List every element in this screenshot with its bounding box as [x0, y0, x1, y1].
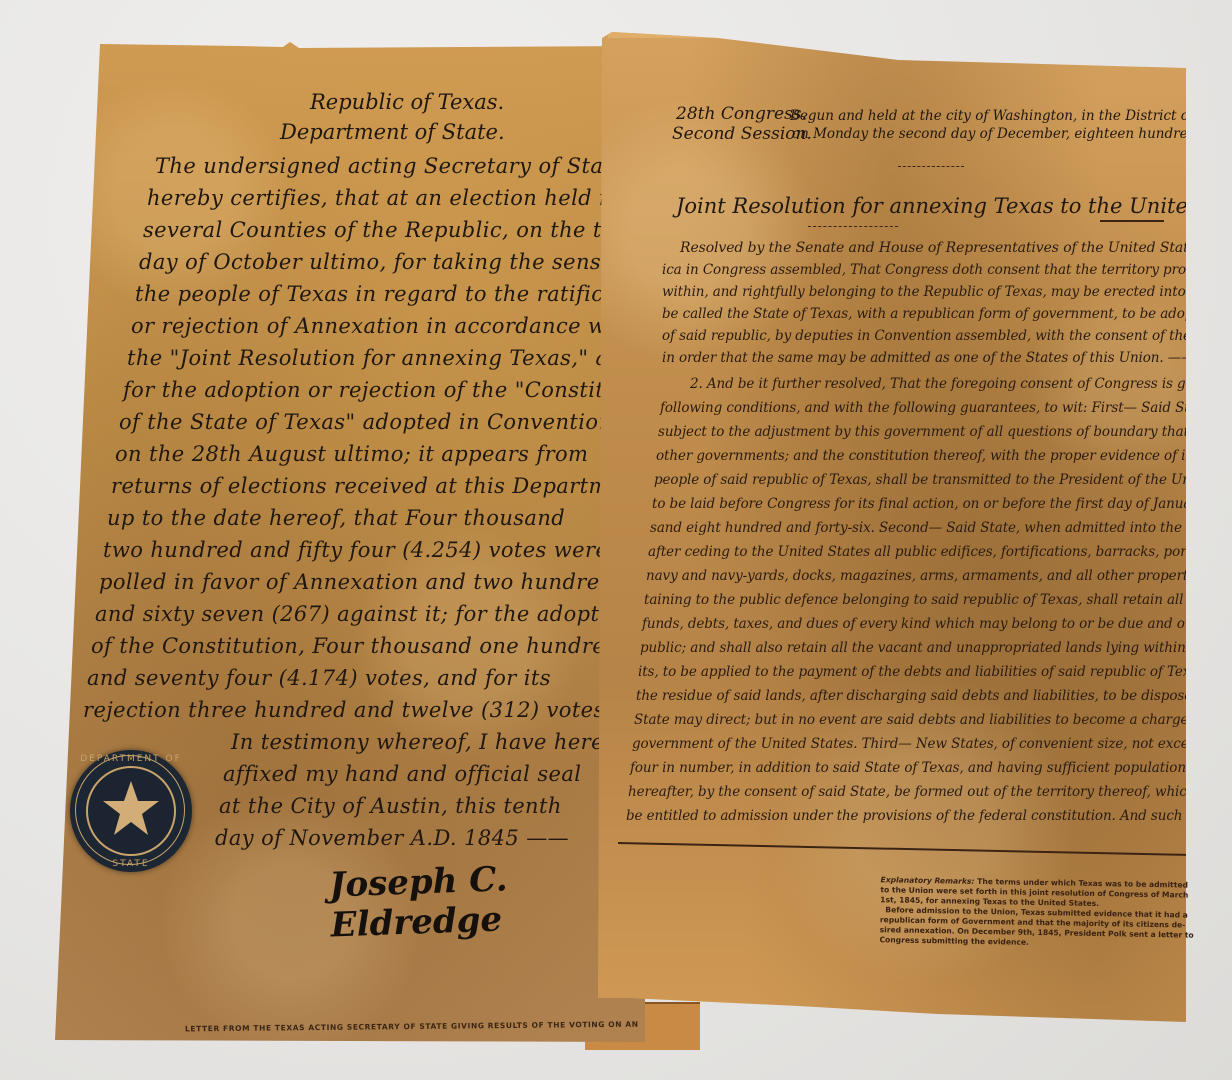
resolution-line: in order that the same may be admitted a… [662, 350, 1195, 366]
letter-line: the "Joint Resolution for annexing Texas… [127, 346, 636, 370]
title-rule [1100, 220, 1164, 222]
letter-line: rejection three hundred and twelve (312)… [83, 698, 612, 722]
header-flourish [898, 166, 964, 168]
session-number: Second Session. [672, 124, 812, 144]
letter-line: on the 28th August ultimo; it appears fr… [115, 442, 588, 466]
resolution-line: its, to be applied to the payment of the… [638, 664, 1232, 680]
testimony-line: at the City of Austin, this tenth [219, 794, 562, 818]
resolution-line: following conditions, and with the follo… [660, 400, 1232, 416]
letter-heading-republic: Republic of Texas. [310, 90, 504, 114]
resolution-line: funds, debts, taxes, and dues of every k… [642, 616, 1232, 632]
resolution-line: subject to the adjustment by this govern… [658, 424, 1232, 440]
resolution-line: government of the United States. Third— … [632, 736, 1226, 752]
resolution-line: of said republic, by deputies in Convent… [662, 328, 1232, 344]
resolution-line: State may direct; but in no event are sa… [634, 712, 1232, 728]
letter-line: The undersigned acting Secretary of Stat… [155, 154, 632, 178]
letter-line: hereby certifies, that at an election he… [147, 186, 663, 210]
letter-line: returns of elections received at this De… [111, 474, 644, 498]
letter-line: for the adoption or rejection of the "Co… [123, 378, 661, 402]
letter-line: up to the date hereof, that Four thousan… [107, 506, 565, 530]
letter-line: and seventy four (4.174) votes, and for … [87, 666, 551, 690]
resolution-line: be called the State of Texas, with a rep… [662, 306, 1232, 322]
letter-line: day of October ultimo, for taking the se… [139, 250, 642, 274]
resolution-line: be entitled to admission under the provi… [626, 808, 1229, 824]
resolution-line: the residue of said lands, after dischar… [636, 688, 1232, 704]
resolution-line: people of said republic of Texas, shall … [654, 472, 1232, 488]
letter-line: polled in favor of Annexation and two hu… [99, 570, 613, 594]
letter-line: of the State of Texas" adopted in Conven… [119, 410, 612, 434]
testimony-line: day of November A.D. 1845 —— [215, 826, 569, 850]
resolution-line: navy and navy-yards, docks, magazines, a… [646, 568, 1232, 584]
resolution-line: taining to the public defence belonging … [644, 592, 1232, 608]
letter-page: Republic of Texas. Department of State. … [55, 42, 645, 1042]
header-line-1: Begun and held at the city of Washington… [790, 108, 1232, 124]
title-flourish [808, 226, 898, 228]
letter-heading-department: Department of State. [280, 120, 505, 144]
resolution-title: Joint Resolution for annexing Texas to t… [676, 194, 1232, 218]
letter-line: of the Constitution, Four thousand one h… [91, 634, 619, 658]
resolution-line: 2. And be it further resolved, That the … [690, 376, 1232, 392]
letter-line: two hundred and fifty four (4.254) votes… [103, 538, 608, 562]
resolution-line: sand eight hundred and forty-six. Second… [650, 520, 1231, 536]
resolution-line: hereafter, by the consent of said State,… [628, 784, 1231, 800]
resolution-line: within, and rightfully belonging to the … [662, 284, 1232, 300]
seal-text-top: DEPARTMENT OF [70, 754, 192, 764]
resolution-line: public; and shall also retain all the va… [640, 640, 1232, 656]
resolution-line: ica in Congress assembled, That Congress… [662, 262, 1232, 278]
letter-line: or rejection of Annexation in accordance… [131, 314, 636, 338]
resolution-line: other governments; and the constitution … [656, 448, 1232, 464]
department-of-state-seal: DEPARTMENT OF STATE [70, 750, 192, 872]
letter-line: the people of Texas in regard to the rat… [135, 282, 659, 306]
remarks-label: Explanatory Remarks: [880, 875, 974, 886]
header-line-2: on Monday the second day of December, ei… [792, 126, 1232, 142]
testimony-line: In testimony whereof, I have hereunto [231, 730, 654, 754]
resolution-line: four in number, in addition to said Stat… [630, 760, 1222, 776]
star-icon [100, 778, 162, 840]
seal-text-bottom: STATE [70, 859, 192, 869]
resolution-line: to be laid before Congress for its final… [652, 496, 1232, 512]
resolution-line: after ceding to the United States all pu… [648, 544, 1232, 560]
remarks-line: Congress submitting the evidence. [879, 935, 1029, 947]
session-congress: 28th Congress. [676, 104, 807, 124]
explanatory-remarks: Explanatory Remarks: The terms under whi… [879, 875, 1200, 951]
letter-line: and sixty seven (267) against it; for th… [95, 602, 633, 626]
resolution-line: Resolved by the Senate and House of Repr… [680, 240, 1232, 256]
testimony-line: affixed my hand and official seal [223, 762, 581, 786]
